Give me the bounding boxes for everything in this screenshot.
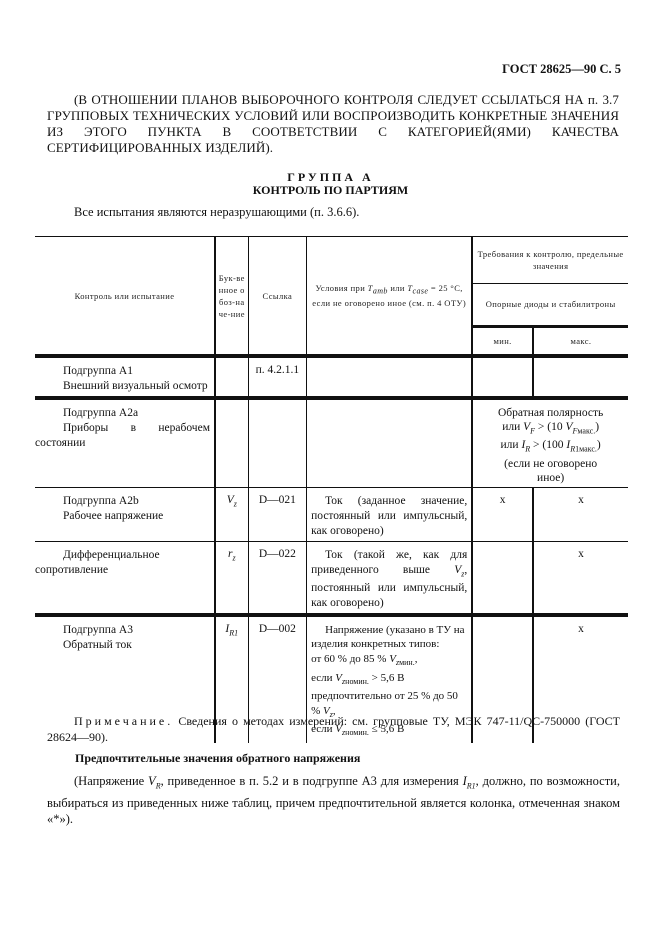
- section-title: Предпочтительные значения обратного напр…: [75, 751, 360, 766]
- header-conditions: Условия при Tamb или Tcase = 25 °С, если…: [307, 237, 473, 357]
- intro-paragraph: (В ОТНОШЕНИИ ПЛАНОВ ВЫБОРОЧНОГО КОНТРОЛЯ…: [47, 92, 619, 156]
- max-cell: [533, 356, 628, 398]
- reference-cell: D—021: [248, 487, 307, 541]
- requirement-cell: Обратная полярность или VF > (10 VFмакс.…: [472, 398, 628, 487]
- symbol-cell: [215, 356, 248, 398]
- min-cell: x: [472, 487, 533, 541]
- test-name: Приборы в нерабочем состоянии: [35, 421, 210, 451]
- section-paragraph: (Напряжение VR, приведенное в п. 5.2 и в…: [47, 773, 620, 827]
- test-name: Дифференциальное сопротивление: [35, 541, 215, 615]
- symbol-cell: Vz: [215, 487, 248, 541]
- conditions-cell: [307, 356, 473, 398]
- test-name: Внешний визуальный осмотр: [63, 379, 210, 394]
- header-diodes: Опорные диоды и стабилитроны: [472, 283, 628, 326]
- header-min: мин.: [472, 326, 533, 356]
- min-cell: [472, 356, 533, 398]
- reference-cell: D—022: [248, 541, 307, 615]
- group-subtitle: КОНТРОЛЬ ПО ПАРТИЯМ: [0, 183, 661, 198]
- max-cell: x: [533, 487, 628, 541]
- subgroup-label: Подгруппа A2a: [35, 406, 210, 421]
- conditions-cell: Ток (такой же, как для приведенного выше…: [307, 541, 473, 615]
- header-letter: Бук-венное обоз-наче-ние: [215, 237, 248, 357]
- max-cell: x: [533, 541, 628, 615]
- subgroup-label: Подгруппа A3: [63, 623, 210, 638]
- page-header: ГОСТ 28625—90 С. 5: [502, 62, 621, 77]
- header-requirements: Требования к контролю, предельные значен…: [472, 237, 628, 284]
- header-max: макс.: [533, 326, 628, 356]
- subgroup-label: Подгруппа A1: [63, 364, 210, 379]
- table-row: Подгруппа A2a Приборы в нерабочем состоя…: [35, 398, 628, 487]
- table-row: Дифференциальное сопротивление rz D—022 …: [35, 541, 628, 615]
- header-reference: Ссылка: [248, 237, 307, 357]
- symbol-cell: rz: [215, 541, 248, 615]
- non-destructive-note: Все испытания являются неразрушающими (п…: [74, 205, 359, 220]
- control-table: Контроль или испытание Бук-венное обоз-н…: [35, 236, 628, 743]
- table-note: Примечание. Сведения о методах измерений…: [47, 713, 620, 745]
- subgroup-label: Подгруппа A2b: [63, 494, 210, 509]
- test-name: Рабочее напряжение: [63, 509, 210, 524]
- header-control: Контроль или испытание: [35, 237, 215, 357]
- reference-cell: п. 4.2.1.1: [248, 356, 307, 398]
- table-row: Подгруппа A1 Внешний визуальный осмотр п…: [35, 356, 628, 398]
- min-cell: [472, 541, 533, 615]
- conditions-cell: Ток (заданное значение, постоянный или и…: [307, 487, 473, 541]
- test-name: Обратный ток: [63, 638, 210, 653]
- table-row: Подгруппа A2b Рабочее напряжение Vz D—02…: [35, 487, 628, 541]
